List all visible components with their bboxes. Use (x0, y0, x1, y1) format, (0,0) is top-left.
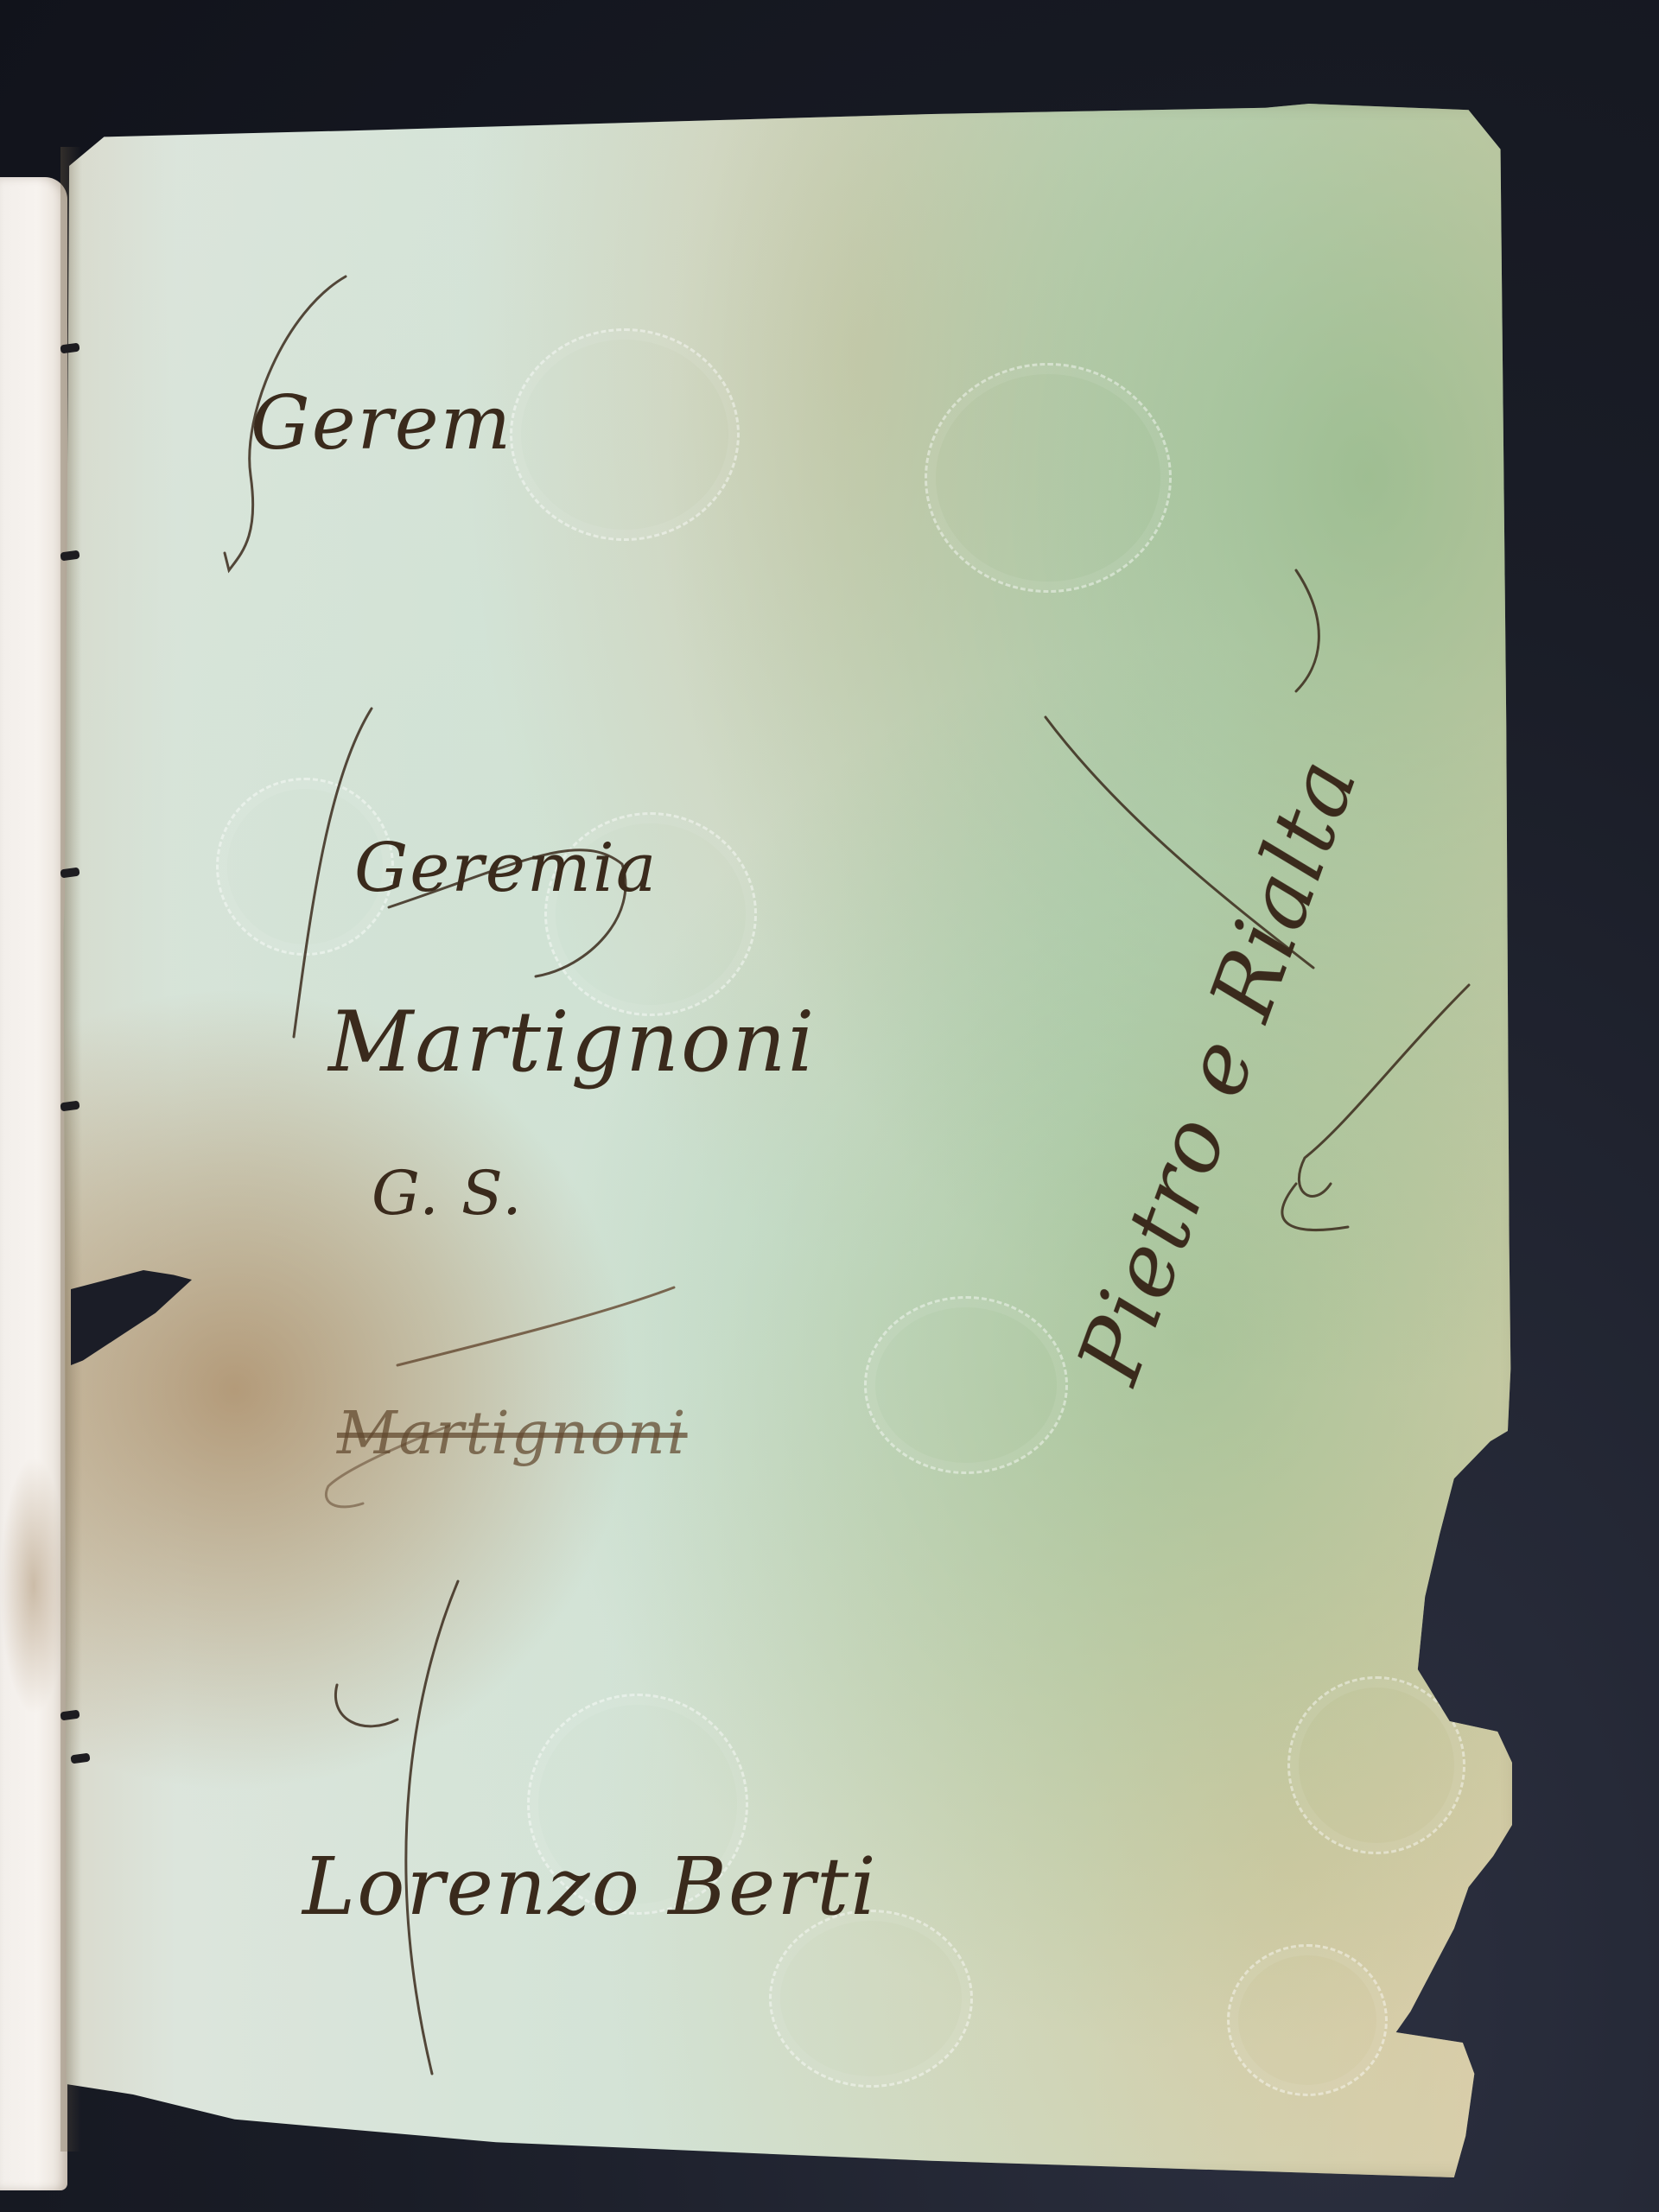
facing-page-stain (0, 1456, 67, 1715)
inscription-crossed-out: Martignoni (337, 1400, 688, 1468)
inscription-gerem: Gerem (251, 380, 512, 467)
book-gutter (60, 147, 81, 2152)
inscription-martignoni: Martignoni (328, 994, 816, 1090)
embossed-flower (510, 328, 740, 541)
photo-scene: Gerem Geremia Martignoni G. S. Martignon… (0, 0, 1659, 2212)
facing-page-edge (0, 177, 67, 2190)
inscription-lorenzo-berti: Lorenzo Berti (302, 1840, 878, 1933)
inscription-geremia: Geremia (354, 829, 658, 907)
embossed-flower (769, 1910, 973, 2088)
embossed-flower (925, 363, 1172, 593)
inscription-initials: G. S. (372, 1158, 524, 1229)
embossed-flower (1287, 1676, 1465, 1854)
embossed-flower (1227, 1944, 1388, 2096)
embossed-flower (864, 1296, 1068, 1474)
